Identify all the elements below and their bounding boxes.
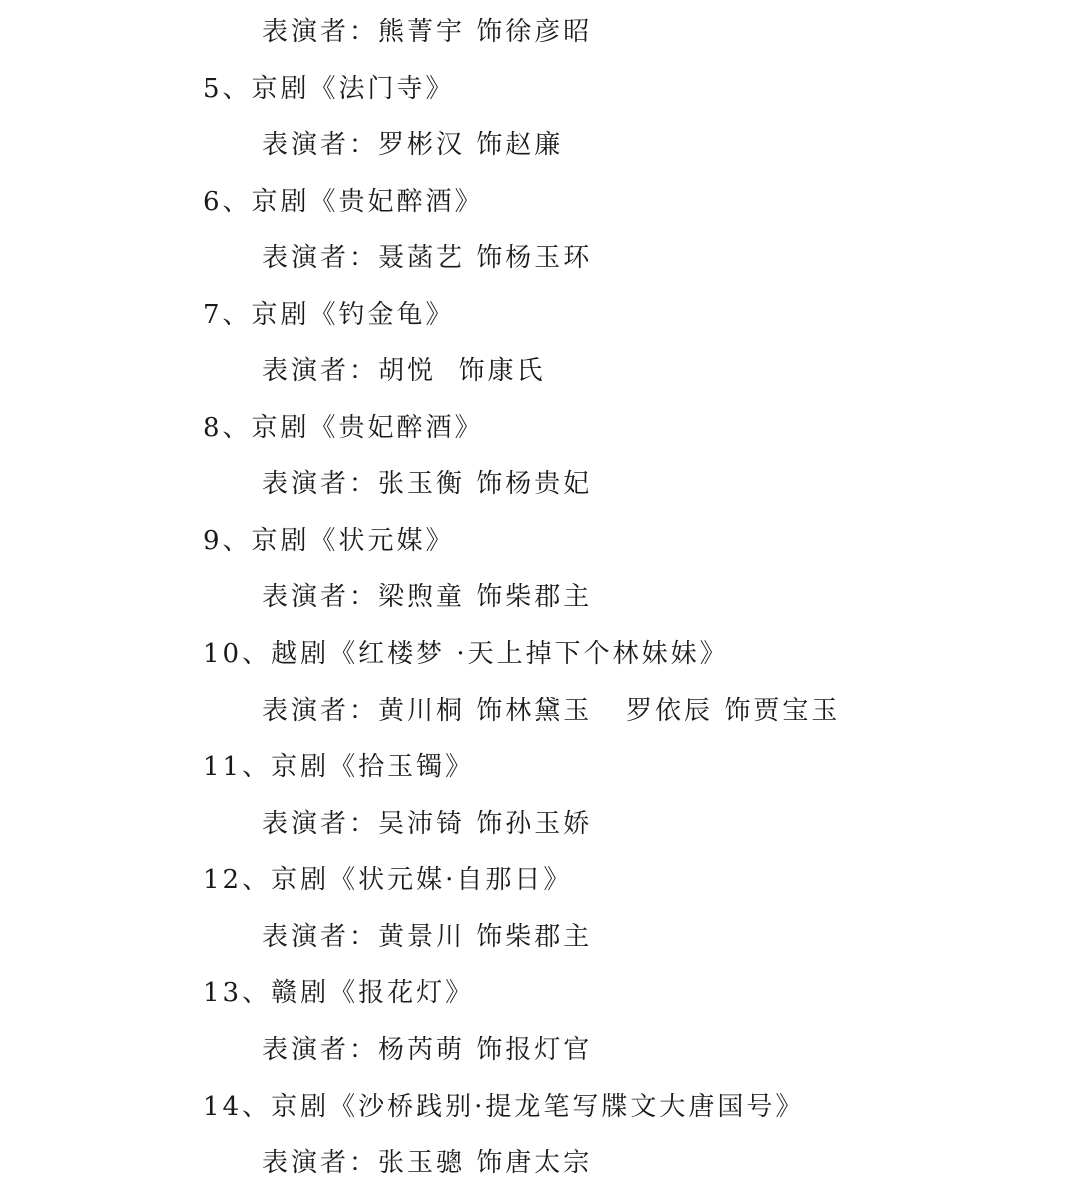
program-item-title: 10、越剧《红楼梦 ·天上掉下个林妹妹》 (203, 637, 729, 671)
program-item-title: 5、京剧《法门寺》 (203, 72, 455, 106)
performer-line: 表演者：张玉骢 饰唐太宗 (262, 1146, 592, 1180)
program-item-title: 7、京剧《钓金龟》 (203, 298, 455, 332)
performer-line: 表演者：熊菁宇 饰徐彦昭 (262, 15, 592, 49)
performer-line: 表演者：吴沛锜 饰孙玉娇 (262, 807, 592, 841)
performer-line: 表演者：罗彬汉 饰赵廉 (262, 128, 563, 162)
performer-line: 表演者：杨芮萌 饰报灯官 (262, 1033, 592, 1067)
program-item-title: 8、京剧《贵妃醉酒》 (203, 411, 484, 445)
program-item-title: 9、京剧《状元媒》 (203, 524, 455, 558)
program-item-title: 13、赣剧《报花灯》 (203, 976, 474, 1010)
performer-line: 表演者：张玉衡 饰杨贵妃 (262, 467, 592, 501)
program-item-title: 14、京剧《沙桥践别·提龙笔写牒文大唐国号》 (203, 1090, 804, 1124)
program-item-title: 11、京剧《拾玉镯》 (203, 750, 474, 784)
program-item-title: 6、京剧《贵妃醉酒》 (203, 185, 484, 219)
performer-line: 表演者：黄川桐 饰林黛玉 罗依辰 饰贾宝玉 (262, 694, 840, 728)
program-item-title: 12、京剧《状元媒·自那日》 (203, 863, 572, 897)
performer-line: 表演者：梁煦童 饰柴郡主 (262, 580, 592, 614)
performer-line: 表演者：聂菡艺 饰杨玉环 (262, 241, 592, 275)
performer-line: 表演者：黄景川 饰柴郡主 (262, 920, 592, 954)
performer-line: 表演者：胡悦 饰康氏 (262, 354, 546, 388)
